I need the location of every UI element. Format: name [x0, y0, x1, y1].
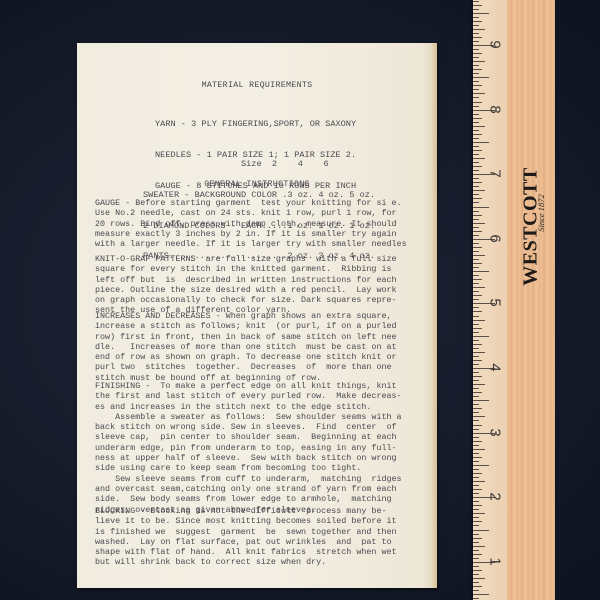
ruler-tick — [473, 49, 479, 50]
ruler-tick — [473, 408, 482, 409]
ruler-tick — [473, 570, 482, 571]
ruler-tick — [473, 170, 479, 171]
yarn-line: YARN - 3 PLY FINGERING,SPORT, OR SAXONY — [155, 119, 356, 129]
ruler-tick — [473, 493, 479, 494]
ruler-tick — [473, 332, 479, 333]
ruler-tick — [473, 465, 489, 466]
ruler-tick — [473, 283, 479, 284]
ruler-tick — [473, 89, 479, 90]
ruler-tick — [473, 114, 479, 115]
ruler-tick — [473, 215, 482, 216]
ruler-tick — [473, 340, 479, 341]
ruler-number: 3 — [487, 422, 504, 442]
ruler-tick — [473, 57, 479, 58]
ruler-tick — [473, 594, 489, 595]
ruler-number: 2 — [487, 487, 504, 507]
ruler-tick — [473, 505, 482, 506]
ruler-tick — [473, 324, 479, 325]
ruler-tick — [473, 219, 479, 220]
ruler-tick — [473, 307, 479, 308]
ruler-tick — [473, 25, 479, 26]
ruler-tick — [473, 489, 482, 490]
ruler-number: 4 — [487, 358, 504, 378]
ruler-tick — [473, 93, 485, 94]
ruler-tick — [473, 231, 482, 232]
ruler-tick — [473, 263, 482, 264]
ruler-tick — [473, 360, 482, 361]
ruler-tick — [473, 380, 479, 381]
ruler-tick — [473, 134, 482, 135]
ruler-tick — [473, 154, 479, 155]
ruler-tick — [473, 299, 479, 300]
ruler-tick — [473, 198, 482, 199]
ruler-tick — [473, 65, 479, 66]
ruler-tick — [473, 477, 479, 478]
ruler-tick — [473, 291, 479, 292]
ruler-tick — [473, 320, 485, 321]
ruler-tick — [473, 77, 489, 78]
ruler-tick — [473, 336, 489, 337]
ruler-tick — [473, 473, 482, 474]
ruler-tick — [473, 202, 479, 203]
ruler-tick — [473, 525, 479, 526]
ruler-tick — [473, 388, 479, 389]
ruler-tick — [473, 412, 479, 413]
ruler-tick — [473, 392, 482, 393]
ruler-tick — [473, 501, 479, 502]
ruler-tick — [473, 37, 482, 38]
ruler-tick — [473, 211, 479, 212]
ruler-tick — [473, 97, 479, 98]
patterns-paragraph: KNIT-O-GRAF PATTERNS are full size graph… — [95, 254, 433, 318]
ruler-tick — [473, 509, 479, 510]
ruler-tick — [473, 182, 482, 183]
ruler-tick — [473, 207, 489, 208]
ruler-tick — [473, 158, 485, 159]
ruler-tick — [473, 425, 482, 426]
ruler-tick — [473, 404, 479, 405]
ruler-tick — [473, 29, 485, 30]
ruler-tick — [473, 445, 479, 446]
ruler-tick — [473, 429, 479, 430]
ruler-tick — [473, 106, 479, 107]
ruler-tick — [473, 190, 485, 191]
ruler-tick — [473, 485, 479, 486]
ruler-tick — [473, 142, 489, 143]
ruler-tick — [473, 376, 482, 377]
ruler-tick — [473, 146, 479, 147]
ruler-tick — [473, 279, 482, 280]
ruler-tick — [473, 542, 479, 543]
material-requirements-title: MATERIAL REQUIREMENTS — [77, 81, 437, 90]
ruler-tick — [473, 247, 482, 248]
ruler-tick — [473, 449, 485, 450]
ruler-tick — [473, 364, 479, 365]
ruler-tick — [473, 21, 482, 22]
ruler-tick — [473, 275, 479, 276]
ruler-tick — [473, 73, 479, 74]
ruler-tick — [473, 534, 479, 535]
ruler-tick — [473, 287, 485, 288]
ruler-tick — [473, 453, 479, 454]
ruler-number: 9 — [487, 35, 504, 55]
ruler-tick — [473, 566, 479, 567]
ruler-tick — [473, 126, 485, 127]
ruler-tick — [473, 194, 479, 195]
ruler-tick — [473, 138, 479, 139]
ruler-tick — [473, 457, 482, 458]
instruction-card: MATERIAL REQUIREMENTS YARN - 3 PLY FINGE… — [77, 43, 437, 588]
ruler-tick — [473, 81, 479, 82]
ruler-tick — [473, 586, 482, 587]
ruler-tick — [473, 5, 482, 6]
ruler-tick — [473, 328, 482, 329]
ruler-tick — [473, 118, 482, 119]
ruler-tick — [473, 578, 485, 579]
ruler-tick — [473, 416, 485, 417]
ruler-tick — [473, 243, 479, 244]
ruler-tick — [473, 61, 485, 62]
ruler-tick — [473, 227, 479, 228]
ruler-tick — [473, 554, 482, 555]
ruler-tick — [473, 530, 489, 531]
ruler-tick — [473, 271, 489, 272]
ruler-tick — [473, 259, 479, 260]
ruler-tick — [473, 69, 482, 70]
ruler-tick — [473, 521, 482, 522]
ruler-scale: 987654321 — [473, 0, 507, 600]
ruler-number: 5 — [487, 293, 504, 313]
ruler-tick — [473, 316, 479, 317]
ruler-tick — [473, 255, 485, 256]
ruler-tick — [473, 538, 482, 539]
ruler-tick — [473, 396, 479, 397]
ruler-tick — [473, 558, 479, 559]
ruler-tick — [473, 122, 479, 123]
ruler-tick — [473, 17, 479, 18]
ruler-tick — [473, 400, 489, 401]
ruler-number: 8 — [487, 99, 504, 119]
ruler-tick — [473, 441, 482, 442]
ruler-tick — [473, 13, 489, 14]
ruler-tick — [473, 420, 479, 421]
ruler-number: 7 — [487, 164, 504, 184]
ruler-tick — [473, 469, 479, 470]
gauge-paragraph: GAUGE - Before starting garment test you… — [95, 198, 433, 252]
ruler-tick — [473, 130, 479, 131]
general-instructions-title: GENERAL INSTRUCTIONS — [77, 180, 437, 189]
ruler-tick — [473, 384, 485, 385]
ruler-tick — [473, 372, 479, 373]
ruler-tick — [473, 85, 482, 86]
ruler-tick — [473, 356, 479, 357]
ruler-tick — [473, 348, 479, 349]
ruler-tick — [473, 582, 479, 583]
increases-paragraph: INCREASES AND DECREASES - When graph sho… — [95, 311, 433, 385]
ruler-tick — [473, 102, 482, 103]
ruler-tick — [473, 166, 482, 167]
ruler-tick — [473, 550, 479, 551]
ruler-tick — [473, 186, 479, 187]
ruler-tick — [473, 150, 482, 151]
ruler-tick — [473, 41, 479, 42]
ruler-tick — [473, 481, 485, 482]
ruler: 987654321 WESTCOTT Since 1872 — [473, 0, 555, 600]
ruler-tick — [473, 162, 479, 163]
blocking-paragraph: BLOCKING - Blocking is not the difficult… — [95, 506, 433, 570]
ruler-tick — [473, 53, 482, 54]
ruler-tick — [473, 251, 479, 252]
ruler-tick — [473, 517, 479, 518]
ruler-number: 1 — [487, 551, 504, 571]
ruler-tick — [473, 437, 479, 438]
ruler-tick — [473, 1, 479, 2]
ruler-tick — [473, 33, 479, 34]
ruler-tick — [473, 223, 485, 224]
ruler-tick — [473, 178, 479, 179]
ruler-tick — [473, 235, 479, 236]
finishing-paragraph: FINISHING - To make a perfect edge on al… — [95, 381, 433, 517]
ruler-tick — [473, 267, 479, 268]
ruler-tick — [473, 590, 479, 591]
ruler-tick — [473, 295, 482, 296]
ruler-brand: WESTCOTT Since 1872 — [513, 170, 543, 290]
ruler-tick — [473, 9, 479, 10]
ruler-tick — [473, 311, 482, 312]
ruler-tick — [473, 546, 485, 547]
brand-tagline: Since 1872 — [536, 173, 546, 253]
ruler-tick — [473, 513, 485, 514]
ruler-tick — [473, 461, 479, 462]
ruler-tick — [473, 352, 485, 353]
ruler-number: 6 — [487, 228, 504, 248]
size-header-row: Size 2 4 6 — [143, 159, 375, 169]
ruler-tick — [473, 574, 479, 575]
ruler-tick — [473, 344, 482, 345]
ruler-tick — [473, 598, 479, 599]
